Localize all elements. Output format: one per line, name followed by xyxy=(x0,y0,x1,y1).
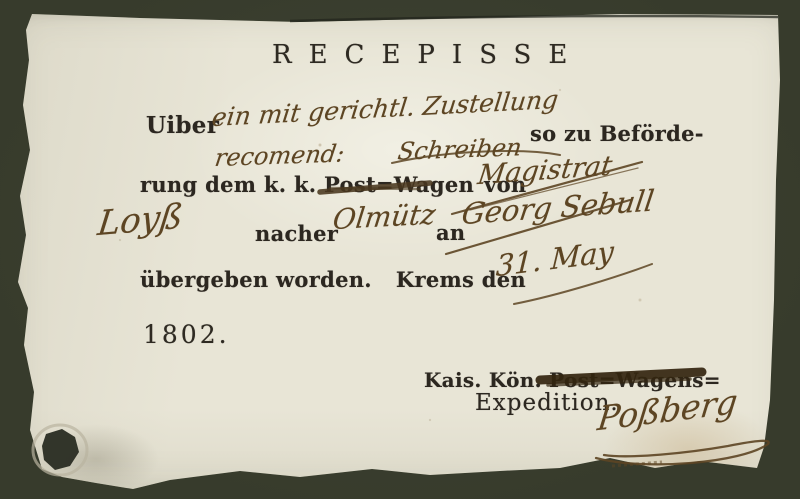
printed-wagen-struck: Wagen xyxy=(394,172,474,197)
handwritten-origin: Loyß xyxy=(96,196,186,244)
paper-sheet: RECEPISSE Uiber ein mit gerichtl. Zustel… xyxy=(0,0,800,499)
scan-background: RECEPISSE Uiber ein mit gerichtl. Zustel… xyxy=(0,0,800,499)
document-title: RECEPISSE xyxy=(272,40,584,70)
printed-so-zu-befoerde: so zu Beförde- xyxy=(530,121,704,146)
printed-uebergeben-line: übergeben worden. Krems den xyxy=(140,267,526,292)
handwritten-destination: Olmütz xyxy=(331,198,437,237)
printed-rung-dem: rung dem k. k. Post= xyxy=(140,172,394,197)
printed-nacher: nacher xyxy=(255,221,338,246)
printed-uiber: Uiber xyxy=(146,112,219,139)
printed-rung-dem-line: rung dem k. k. Post=Wagenvon xyxy=(140,172,526,197)
printed-footer-expedition: Expedition. xyxy=(475,390,619,416)
printed-year: 1802. xyxy=(143,320,230,349)
printed-footer-prefix: Kais. Kön. Post= xyxy=(424,368,616,392)
printed-uebergeben-worden: übergeben worden. xyxy=(140,267,372,292)
